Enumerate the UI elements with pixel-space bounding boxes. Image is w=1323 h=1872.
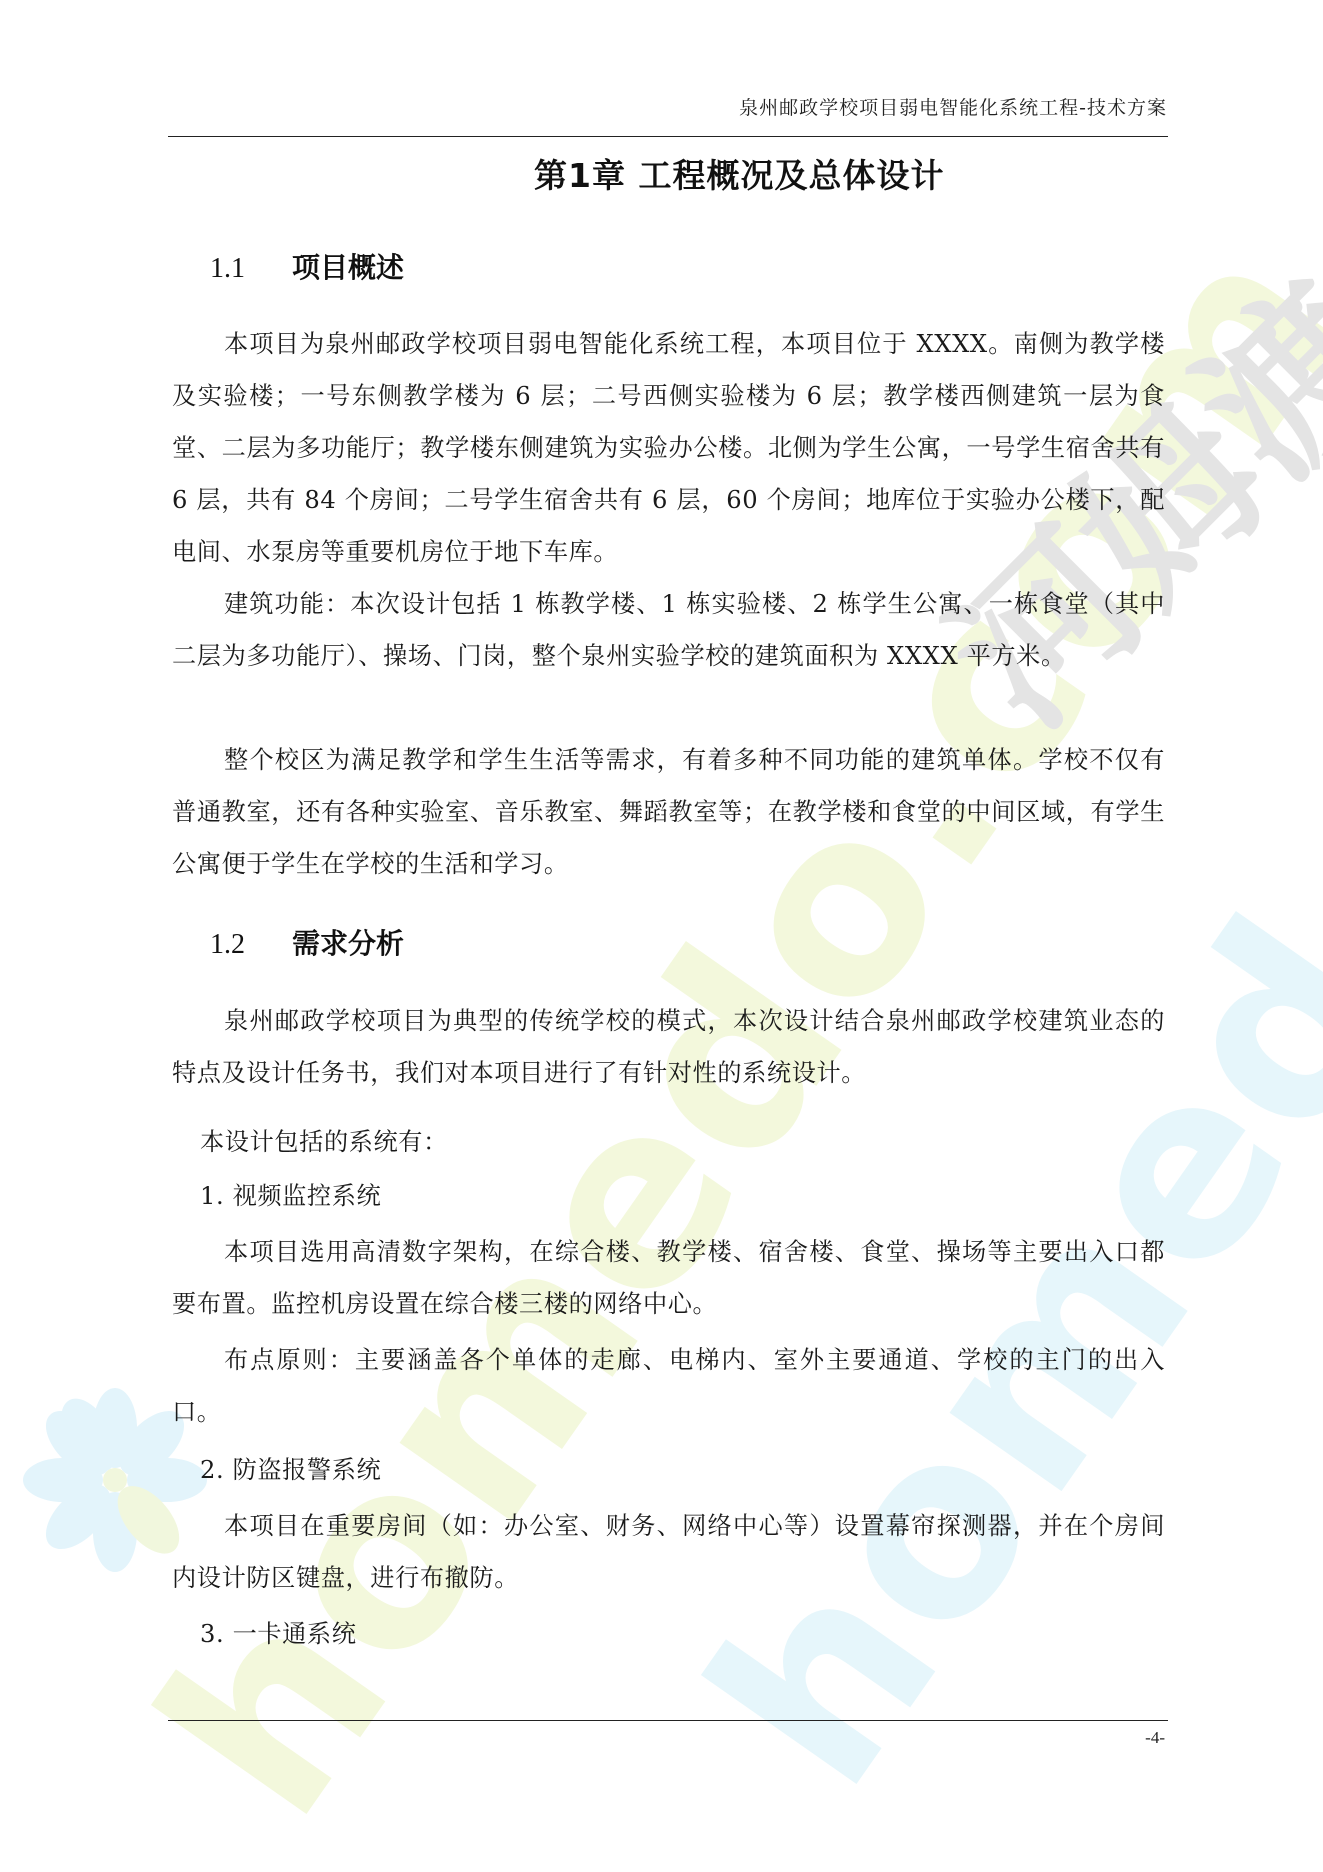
paragraph-intrusion-alarm: 本项目在重要房间（如：办公室、财务、网络中心等）设置幕帘探测器，并在个房间内设计… [172, 1500, 1165, 1604]
system-item-intrusion-alarm: 2. 防盗报警系统 [200, 1444, 381, 1496]
footer-divider [168, 1720, 1168, 1721]
paragraph-requirements-intro: 泉州邮政学校项目为典型的传统学校的模式，本次设计结合泉州邮政学校建筑业态的特点及… [172, 995, 1165, 1099]
document-page: 泉州邮政学校项目弱电智能化系统工程-技术方案 第1章 工程概况及总体设计 1.1… [0, 0, 1323, 1872]
systems-lead-text: 本设计包括的系统有： [200, 1116, 448, 1168]
section-title: 项目概述 [292, 251, 404, 284]
chapter-title: 第1章 工程概况及总体设计 [534, 150, 944, 197]
running-header: 泉州邮政学校项目弱电智能化系统工程-技术方案 [739, 93, 1167, 120]
section-heading-1-1: 1.1项目概述 [210, 246, 404, 286]
paragraph-campus-description: 整个校区为满足教学和学生生活等需求，有着多种不同功能的建筑单体。学校不仅有普通教… [172, 734, 1165, 890]
section-title: 需求分析 [292, 927, 404, 960]
paragraph-building-functions: 建筑功能：本次设计包括 1 栋教学楼、1 栋实验楼、2 栋学生公寓、一栋食堂（其… [172, 578, 1165, 682]
paragraph-video-architecture: 本项目选用高清数字架构，在综合楼、教学楼、宿舍楼、食堂、操场等主要出入口都要布置… [172, 1226, 1165, 1330]
section-number: 1.2 [210, 929, 292, 961]
page-number: -4- [1145, 1728, 1165, 1748]
paragraph-overview: 本项目为泉州邮政学校项目弱电智能化系统工程，本项目位于 XXXX。南侧为教学楼及… [172, 318, 1165, 578]
system-item-one-card: 3. 一卡通系统 [200, 1608, 357, 1660]
section-heading-1-2: 1.2需求分析 [210, 922, 404, 962]
paragraph-video-layout-principle: 布点原则：主要涵盖各个单体的走廊、电梯内、室外主要通道、学校的主门的出入口。 [172, 1334, 1165, 1438]
section-number: 1.1 [210, 253, 292, 285]
system-item-video-surveillance: 1. 视频监控系统 [200, 1170, 381, 1222]
header-divider [168, 136, 1168, 137]
